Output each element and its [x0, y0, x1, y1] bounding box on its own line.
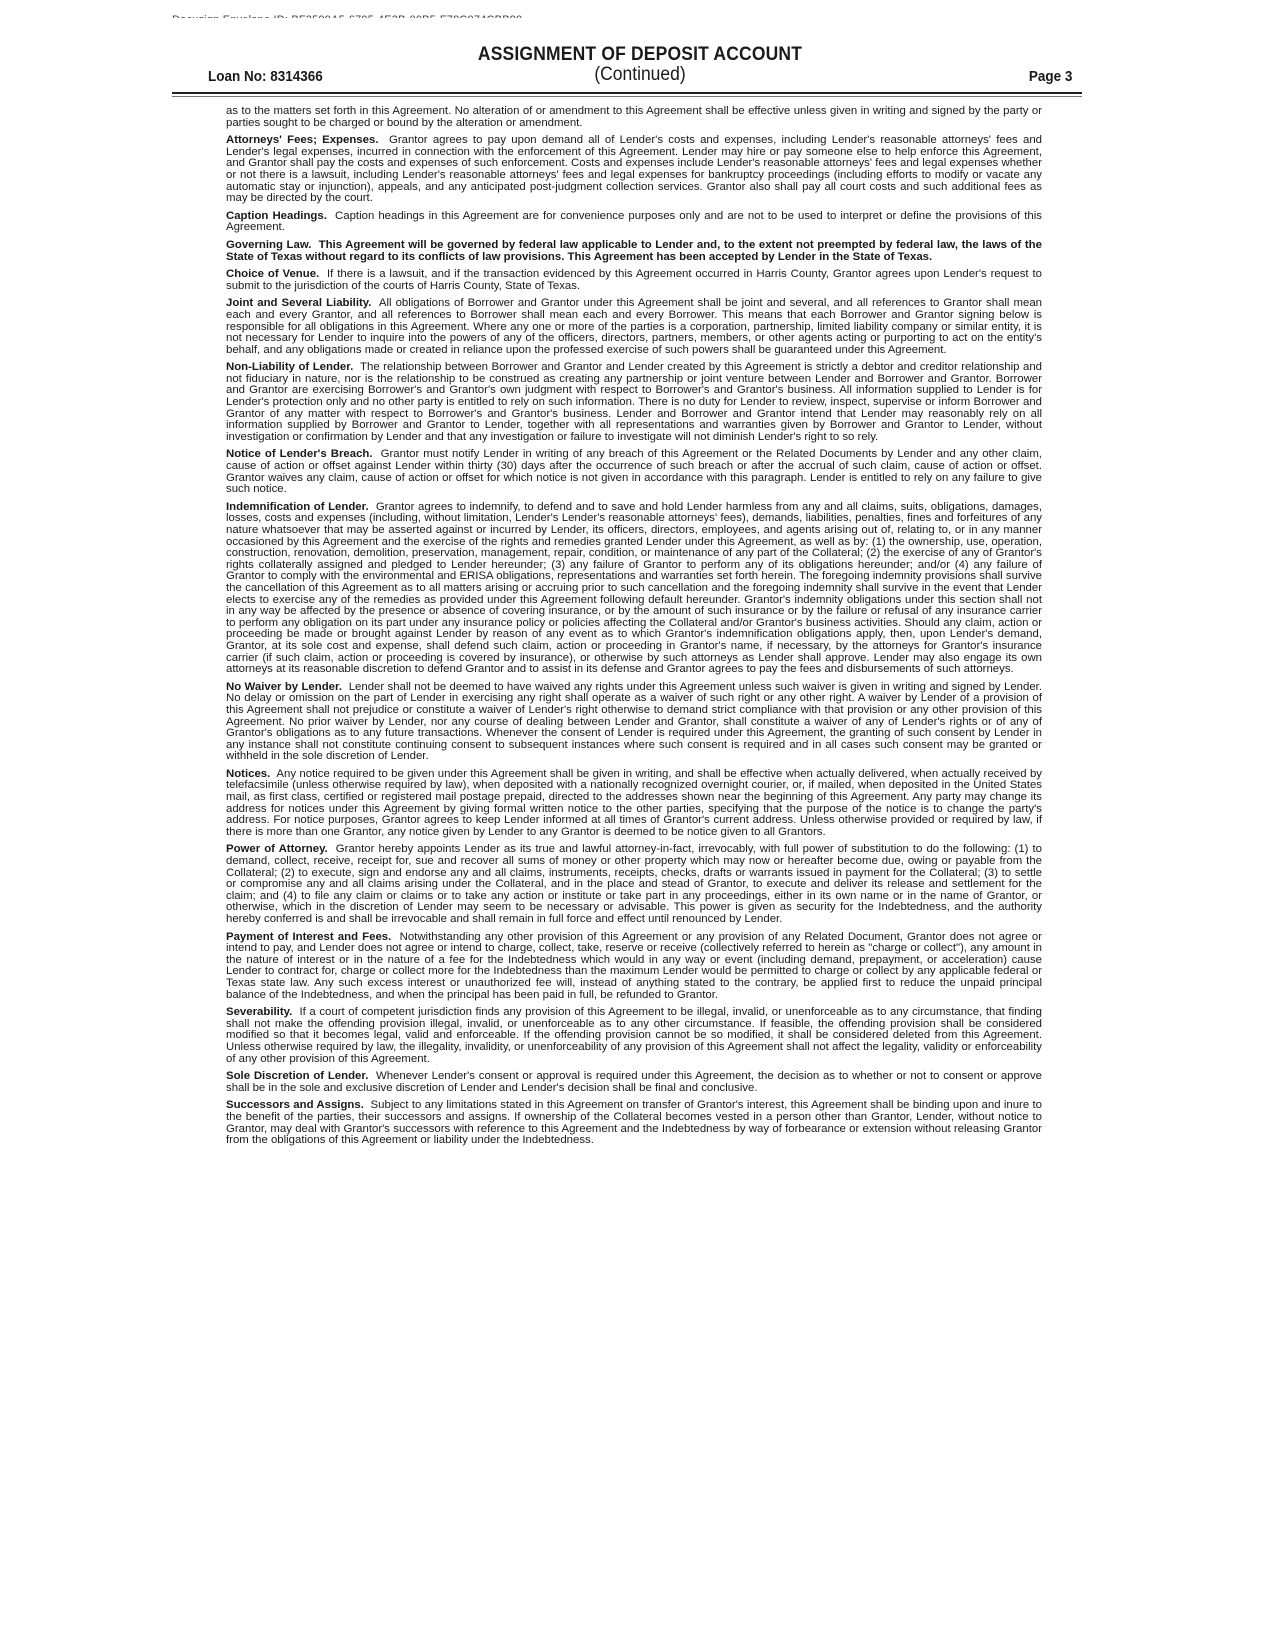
paragraph: Severability. If a court of competent ju…	[226, 1007, 1042, 1065]
paragraph: Choice of Venue. If there is a lawsuit, …	[226, 269, 1042, 292]
paragraph-text: Caption headings in this Agreement are f…	[226, 210, 1042, 234]
paragraph-heading: Caption Headings.	[226, 210, 327, 222]
paragraph-text: Grantor hereby appoints Lender as its tr…	[226, 843, 1042, 925]
paragraph-heading: Choice of Venue.	[226, 268, 319, 280]
paragraph-heading: Notice of Lender's Breach.	[226, 448, 373, 460]
paragraph-heading: Governing Law.	[226, 239, 311, 251]
paragraph: Sole Discretion of Lender. Whenever Lend…	[226, 1071, 1042, 1094]
paragraph: Power of Attorney. Grantor hereby appoin…	[226, 844, 1042, 925]
paragraph-heading: Notices.	[226, 768, 270, 780]
paragraph: Notice of Lender's Breach. Grantor must …	[226, 449, 1042, 495]
paragraph-heading: Sole Discretion of Lender.	[226, 1070, 368, 1082]
paragraph-text: Grantor agrees to indemnify, to defend a…	[226, 501, 1042, 675]
paragraph-heading: Successors and Assigns.	[226, 1099, 364, 1111]
paragraph: Governing Law. This Agreement will be go…	[226, 240, 1042, 263]
paragraph-text: Any notice required to be given under th…	[226, 768, 1042, 838]
paragraph: Attorneys' Fees; Expenses. Grantor agree…	[226, 135, 1042, 205]
paragraph-heading: Payment of Interest and Fees.	[226, 931, 391, 943]
paragraph-heading: Attorneys' Fees; Expenses.	[226, 134, 378, 146]
header-divider-thin	[172, 96, 1082, 97]
paragraph-text: Lender shall not be deemed to have waive…	[226, 681, 1042, 763]
paragraph: Successors and Assigns. Subject to any l…	[226, 1100, 1042, 1146]
paragraph: Indemnification of Lender. Grantor agree…	[226, 502, 1042, 676]
paragraph: as to the matters set forth in this Agre…	[226, 106, 1042, 129]
paragraph-text: as to the matters set forth in this Agre…	[226, 105, 1042, 129]
paragraph-heading: Power of Attorney.	[226, 843, 328, 855]
paragraph-text: The relationship between Borrower and Gr…	[226, 361, 1042, 443]
paragraph: Payment of Interest and Fees. Notwithsta…	[226, 932, 1042, 1002]
envelope-id: Docusign Envelope ID: BF2599A5-6795-4E2B…	[172, 10, 522, 18]
paragraph-heading: No Waiver by Lender.	[226, 681, 342, 693]
paragraph: Non-Liability of Lender. The relationshi…	[226, 362, 1042, 443]
paragraph-heading: Severability.	[226, 1006, 292, 1018]
paragraph: Notices. Any notice required to be given…	[226, 769, 1042, 839]
document-header: ASSIGNMENT OF DEPOSIT ACCOUNT (Continued…	[200, 44, 1080, 92]
document-body: as to the matters set forth in this Agre…	[226, 106, 1042, 1153]
paragraph-text: If a court of competent jurisdiction fin…	[226, 1006, 1042, 1064]
paragraph: No Waiver by Lender. Lender shall not be…	[226, 682, 1042, 763]
paragraph-text: This Agreement will be governed by feder…	[226, 239, 1042, 263]
document-subtitle: (Continued)	[235, 64, 1045, 86]
paragraph: Joint and Several Liability. All obligat…	[226, 298, 1042, 356]
paragraph-text: If there is a lawsuit, and if the transa…	[226, 268, 1042, 292]
paragraph: Caption Headings. Caption headings in th…	[226, 211, 1042, 234]
paragraph-heading: Joint and Several Liability.	[226, 297, 371, 309]
header-divider	[172, 92, 1082, 94]
paragraph-heading: Non-Liability of Lender.	[226, 361, 353, 373]
document-title: ASSIGNMENT OF DEPOSIT ACCOUNT	[235, 44, 1045, 66]
paragraph-heading: Indemnification of Lender.	[226, 501, 369, 513]
page-number: Page 3	[1028, 68, 1072, 85]
loan-number: Loan No: 8314366	[208, 68, 323, 85]
